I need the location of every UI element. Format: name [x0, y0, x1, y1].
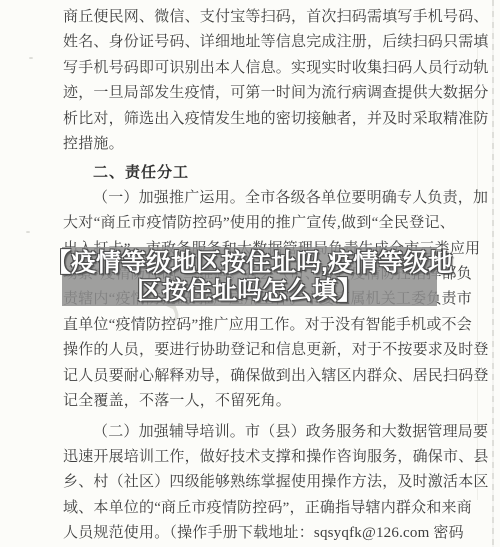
document-line: （二）加强辅导培训。市（县）政务服务和大数据管理局要 — [63, 420, 455, 445]
document-line: 商丘便民网、微信、支付宝等扫码，首次扫码需填写手机号码、 — [63, 5, 455, 30]
scan-artifact-dotted-line — [492, 0, 494, 547]
caption-overlay-band: 【疫情等级地区按住址吗,疫情等级地 区按住址吗怎么填】 — [62, 247, 437, 306]
document-line: 姓名、身份证号码、详细地址等信息完成注册，后续扫码只需填 — [63, 30, 455, 55]
document-line: 迹，一旦局部发生疫情，可第一时间为流行病调查提供大数据分 — [63, 81, 455, 106]
scanned-document-page: ym 商丘便民网、微信、支付宝等扫码，首次扫码需填写手机号码、 姓名、身份证号码… — [0, 0, 500, 547]
caption-overlay-text-line2: 区按住址吗怎么填】 — [137, 277, 362, 305]
document-line: 乡、村（社区）四级能够熟练掌握使用操作方法，及时激活本区 — [63, 470, 455, 495]
document-line: 控措施。 — [63, 132, 455, 157]
caption-overlay-text-line1: 【疫情等级地区按住址吗,疫情等级地 — [46, 249, 453, 277]
scan-speck — [26, 231, 30, 233]
document-line: 域、本单位的“商丘市疫情防控码”，正确指导辖内群众和来商 — [63, 496, 455, 521]
document-line: 操作的人员，要进行协助登记和信息更新，对于不按要求及时登 — [63, 338, 455, 363]
document-line: 人员规范使用。（操作手册下载地址：sqsyqfk@126.com 密码 — [63, 521, 455, 546]
section-heading: 二、责任分工 — [63, 160, 455, 185]
document-line: （一）加强推广运用。全市各级各单位要明确专人负责，加 — [63, 186, 455, 211]
document-line: 写手机号码即可识别出本人信息。实现实时收集扫码人员行动轨 — [63, 56, 455, 81]
document-line: 直单位“疫情防控码”推广应用工作。对于没有智能手机或不会 — [63, 313, 455, 338]
document-line: 记全覆盖，不落一人，不留死角。 — [63, 389, 455, 414]
document-line: 析比对，筛选出入疫情发生地的密切接触者，并及时采取精准防 — [63, 107, 455, 132]
scan-speck — [29, 57, 33, 59]
document-line: 记人员要耐心解释劝导，确保做到出入辖区内群众、居民扫码登 — [63, 364, 455, 389]
document-line: 迅速开展培训工作，做好技术支撑和操作咨询服务，确保市、县 — [63, 445, 455, 470]
document-line: 大对“商丘市疫情防控码”使用的推广宣传,做到“全民登记、 — [63, 211, 455, 236]
